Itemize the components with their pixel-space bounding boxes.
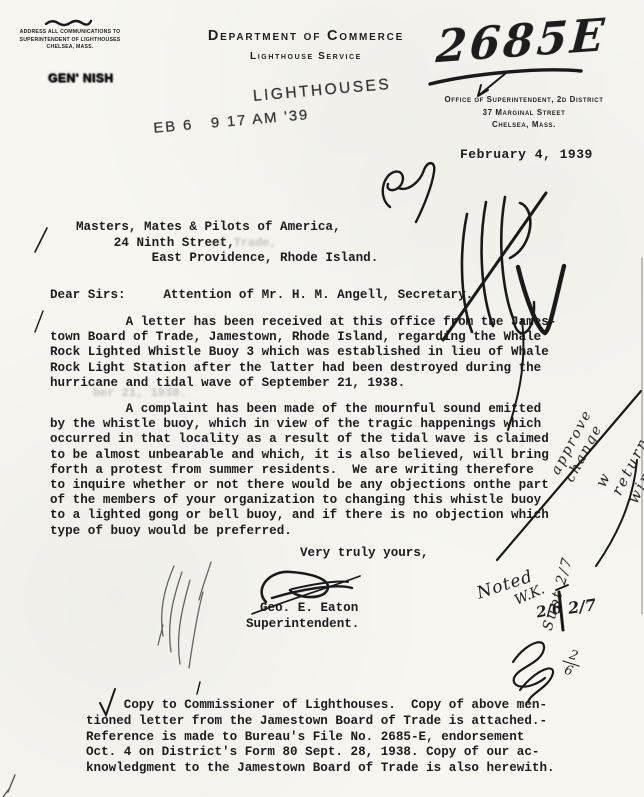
pencil-stroke-6: [158, 625, 163, 645]
letterhead-office-block: Office of Superintendent, 2d District 37…: [438, 94, 610, 132]
initial-scrawl-stroke2: [482, 202, 493, 326]
small-scrawl-loop2: [398, 163, 434, 222]
signature-name: Geo. E. Eaton: [260, 601, 358, 616]
salutation-line: Dear Sirs: Attention of Mr. H. M. Angell…: [50, 288, 473, 303]
ss-initials-stroke2: [520, 668, 553, 702]
body-paragraph-2: A complaint has been made of the mournfu…: [50, 402, 549, 539]
letterhead-service: Lighthouse Service: [190, 51, 422, 62]
pencil-stroke-4: [189, 592, 203, 668]
initial-scrawl-stroke3: [501, 197, 513, 318]
pencil-scribbles: [158, 562, 211, 668]
noted-fraction: 2 6: [558, 646, 585, 681]
pencil-stroke-3: [179, 580, 190, 664]
bottom-left-tick-marks: [3, 775, 15, 797]
letterhead-department: Department of Commerce: [190, 28, 422, 44]
file-number-arrow: [478, 73, 506, 96]
noted-date-b: 2/7: [567, 595, 597, 618]
postscript-paragraph: Copy to Commissioner of Lighthouses. Cop…: [86, 698, 555, 777]
eaton-signature-loop: [262, 572, 328, 602]
pencil-stroke-2: [170, 572, 182, 652]
noted-date-a: 2/6: [534, 598, 564, 621]
pencil-stroke-5: [199, 562, 211, 600]
file-number-underline: [430, 70, 581, 84]
address-box-scribble-line: [46, 21, 91, 25]
handwritten-file-number: 2685E: [434, 10, 608, 73]
eaton-signature-stroke2: [272, 586, 352, 598]
closing-line: Very truly yours,: [300, 546, 428, 561]
small-scrawl-loop1: [383, 172, 403, 207]
margin-slash-paragraph1: [35, 311, 43, 332]
ss-initials-stroke1: [513, 642, 545, 686]
gen-stamp: GEN' NISH: [48, 71, 113, 85]
signature-title: Superintendent.: [246, 617, 359, 632]
letterhead-address-box: ADDRESS ALL COMMUNICATIONS TO SUPERINTEN…: [12, 29, 128, 52]
scanned-letter-page: ADDRESS ALL COMMUNICATIONS TO SUPERINTEN…: [0, 0, 644, 797]
pencil-stroke-1: [162, 566, 174, 636]
offset-remnant-street: of Trade,: [212, 236, 277, 250]
letter-date: February 4, 1939: [460, 147, 593, 162]
margin-slash-recipient: [35, 228, 47, 252]
offset-remnant-date: ber 21, 1938.: [93, 386, 187, 400]
received-stamp: LIGHTHOUSES EB 6 9 17 AM '39: [151, 75, 404, 137]
initial-scrawl-stroke4: [510, 203, 530, 258]
eaton-signature-stroke3: [292, 582, 348, 589]
postscript-caret-mark: [197, 682, 200, 694]
body-paragraph-1: A letter has been received at this offic…: [50, 315, 556, 391]
